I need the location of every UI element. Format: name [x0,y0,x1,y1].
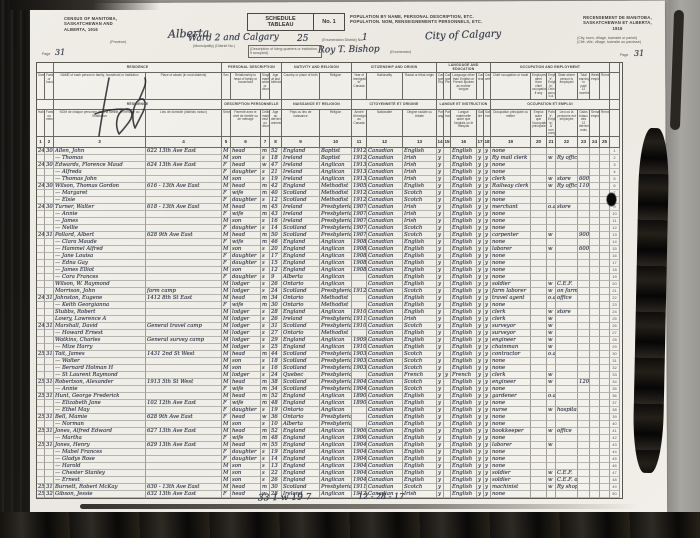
data-cell: chainman [491,344,531,351]
data-cell [590,274,600,281]
table-row: — Hammel AlfredMsons20EnglandAnglican190… [37,246,622,253]
data-cell [146,393,222,400]
data-cell: s [261,260,270,267]
data-cell: y [484,169,491,176]
data-cell: 14 [610,239,620,246]
data-cell: English [403,414,437,421]
data-cell: Canadian [367,295,403,302]
data-cell: Presbyterian [320,414,352,421]
column-header-fr: Langue maternelle autre que l'anglais ou… [451,110,477,137]
data-cell [590,407,600,414]
data-cell [45,358,54,365]
data-cell [578,155,590,162]
data-cell [578,302,590,309]
data-cell: English [403,449,437,456]
data-cell: English [451,169,477,176]
data-cell [146,239,222,246]
data-cell: Bell, Mamie [54,414,146,421]
column-header-fr: Patron 'e', Employé 'w', À son compte 'o… [547,110,556,137]
table-row: — St Laurent RaymondMlodgers24QuebecPres… [37,372,622,379]
data-cell: 23 [610,302,620,309]
data-cell: Canadian [367,442,403,449]
data-cell: 19 [270,449,282,456]
data-cell: 4 [610,169,620,176]
data-cell: 308 [45,183,54,190]
data-cell [590,148,600,155]
data-cell [547,456,556,463]
data-cell: y [437,491,444,498]
data-cell: M [222,484,231,491]
data-cell: 52 [270,393,282,400]
data-cell: y [437,232,444,239]
data-cell [547,435,556,442]
data-cell: English [403,302,437,309]
data-cell [578,204,590,211]
group-header-fr [610,100,620,110]
data-cell: Baptist [320,148,352,155]
data-cell: Scotch [403,197,437,204]
data-cell: w [547,183,556,190]
data-cell: y [437,393,444,400]
data-cell: o.a. [547,393,556,400]
data-cell [531,379,547,386]
data-cell [444,442,451,449]
data-cell: 20 [610,281,620,288]
data-cell: Canadian [367,246,403,253]
column-header-fr: Gains totaux des 12 derniers mois [578,110,590,137]
data-cell: Canadian [367,428,403,435]
data-cell: wife [231,239,261,246]
data-cell: 310 [45,232,54,239]
data-cell [444,211,451,218]
data-cell: y [437,449,444,456]
data-cell: y [484,344,491,351]
data-cell [531,323,547,330]
data-cell: y [437,442,444,449]
data-cell: — Bernard Holman H [54,365,146,372]
data-cell [556,491,578,498]
table-row: — ElsieFdaughters12ScotlandMethodist1912… [37,197,622,204]
column-header-en: Employer 'e', Employee 'w', Own account … [547,73,556,100]
data-cell: none [491,386,531,393]
data-cell [556,442,578,449]
data-cell: y [437,225,444,232]
data-cell [146,358,222,365]
data-cell [444,379,451,386]
data-cell: m [261,190,270,197]
data-cell: English [451,295,477,302]
data-cell [531,470,547,477]
column-header-en: Can read [477,73,484,100]
column-number: 12 [367,137,403,148]
data-cell: Canadian [367,274,403,281]
data-cell: 48 [270,400,282,407]
data-cell: English [403,470,437,477]
table-row: — JamesMsons16IrelandPresbyterian1907Can… [37,218,622,225]
data-cell: Ontario [282,330,320,337]
table-row: — Ethel MayFdaughters19OntarioAnglicanCa… [37,407,622,414]
data-cell: Canadian [367,155,403,162]
data-cell: y [477,442,484,449]
data-cell: Turner, Walter [54,204,146,211]
data-cell: Methodist [320,295,352,302]
data-cell: m [261,379,270,386]
data-cell: Canadian [367,393,403,400]
data-cell [444,267,451,274]
data-cell [578,295,590,302]
data-cell: M [222,421,231,428]
data-cell: 243 [37,148,45,155]
data-cell [547,274,556,281]
data-cell [531,477,547,484]
data-cell [600,218,610,225]
data-cell: Scotland [282,365,320,372]
data-cell: Gibson, Jessie [54,491,146,498]
data-cell: Irish [403,162,437,169]
data-cell: F [222,197,231,204]
data-cell [146,267,222,274]
data-cell [590,316,600,323]
data-cell: s [261,253,270,260]
data-cell [444,407,451,414]
data-cell: y [477,148,484,155]
enumerator-label: (Enumerator) [390,50,411,54]
data-cell: 618 - 13th Ave East [146,204,222,211]
data-cell [547,463,556,470]
data-cell: Ireland [282,316,320,323]
schedule-word: SCHEDULETABLEAU [248,16,313,29]
data-cell: Ry office [556,155,578,162]
column-header-fr: Sexe [222,110,231,137]
data-cell: y [477,400,484,407]
data-cell: Anglican [320,337,352,344]
data-cell [556,414,578,421]
page-label-left: Page [42,52,50,56]
data-cell: none [491,197,531,204]
data-cell [578,484,590,491]
data-cell: y [477,351,484,358]
data-cell [444,204,451,211]
data-cell [600,267,610,274]
data-cell: 1908 [352,253,367,260]
data-cell [590,330,600,337]
census-title-right: RECENSEMENT DE MANITOBA,SASKATCHEWAN ET … [575,15,660,31]
data-cell: w [547,281,556,288]
data-cell: y [484,484,491,491]
data-cell: none [491,267,531,274]
data-cell: y [437,323,444,330]
data-cell: 43 [270,211,282,218]
data-cell [556,267,578,274]
data-cell [37,463,45,470]
data-cell: w [547,316,556,323]
data-cell [444,456,451,463]
data-cell: 26 [270,477,282,484]
data-cell [444,421,451,428]
data-cell: Scotch [403,484,437,491]
data-cell [578,491,590,498]
data-cell: none [491,239,531,246]
data-cell [547,449,556,456]
data-cell: 1912 [352,155,367,162]
data-cell: y [437,400,444,407]
data-cell: Anglican [320,239,352,246]
data-cell [547,169,556,176]
data-cell: y [437,253,444,260]
data-cell: Methodist [320,190,352,197]
data-cell [45,246,54,253]
data-cell [590,337,600,344]
data-cell: s [261,365,270,372]
data-cell [600,435,610,442]
data-cell: Canadian [367,477,403,484]
data-cell [146,407,222,414]
data-cell: y [477,162,484,169]
data-cell [146,169,222,176]
data-cell [531,456,547,463]
data-cell: y [477,463,484,470]
data-cell: lodger [231,344,261,351]
data-cell: — Martha [54,435,146,442]
table-row: — ErnestMsons26EnglandAnglican1904Canadi… [37,477,622,484]
data-cell: F [222,211,231,218]
data-cell: 15 [270,260,282,267]
data-cell [352,281,367,288]
data-cell: Canadian [367,253,403,260]
data-cell [600,407,610,414]
data-cell: Scotland [282,197,320,204]
data-cell [45,288,54,295]
data-cell [600,239,610,246]
data-cell [45,197,54,204]
data-cell [600,274,610,281]
data-cell: travel agent [491,295,531,302]
data-cell: y [437,246,444,253]
data-cell [45,267,54,274]
data-cell: 316 [45,414,54,421]
data-cell: y [484,281,491,288]
data-cell: 9 [270,274,282,281]
data-cell: none [491,190,531,197]
data-cell [531,435,547,442]
data-cell: none [491,463,531,470]
data-cell: Canadian [367,183,403,190]
data-cell [531,232,547,239]
data-cell: F [222,407,231,414]
data-cell: F [222,435,231,442]
data-cell: 1913 [352,176,367,183]
data-cell: 1903 [352,365,367,372]
data-cell: Anglican [320,393,352,400]
data-cell: 1904 [352,456,367,463]
data-cell: daughter [231,253,261,260]
data-cell [590,379,600,386]
data-cell: 1904 [352,470,367,477]
data-cell: English [403,239,437,246]
data-cell: y [437,190,444,197]
page-value-left: 31 [55,48,65,57]
data-cell [531,344,547,351]
data-cell [600,456,610,463]
data-cell: daughter [231,456,261,463]
data-cell [531,463,547,470]
data-cell [146,176,222,183]
data-cell: Presbyterian [320,288,352,295]
data-cell: s [261,316,270,323]
data-cell [600,316,610,323]
data-cell: F [222,253,231,260]
data-cell: English [403,393,437,400]
data-cell [531,449,547,456]
table-row: — NellieFdaughters14ScotlandPresbyterian… [37,225,622,232]
data-cell: farm camp [146,288,222,295]
data-cell: y [484,232,491,239]
data-cell [547,267,556,274]
data-cell [444,316,451,323]
data-cell: Anglican [320,246,352,253]
data-cell: y [484,456,491,463]
data-cell [45,421,54,428]
scan-margin-right [668,0,700,538]
data-cell: Canadian [367,337,403,344]
data-cell: o.a. [547,295,556,302]
data-cell: lodger [231,323,261,330]
data-cell: y [484,372,491,379]
data-cell: none [491,260,531,267]
data-cell: 17 [610,260,620,267]
data-cell [444,428,451,435]
data-cell: English [451,190,477,197]
data-cell: England [282,148,320,155]
column-number: 25 [600,137,610,148]
data-cell: y [477,477,484,484]
data-cell: C.E.F. overseas [556,477,578,484]
data-cell: Canadian [367,414,403,421]
data-cell: Ontario [282,281,320,288]
data-cell [578,393,590,400]
data-cell: M [222,379,231,386]
data-cell: 630 - 13th Ave East [146,484,222,491]
data-cell: y [437,218,444,225]
data-cell: Scotch [403,288,437,295]
data-cell: 32 [610,365,620,372]
data-cell [444,484,451,491]
data-cell: 632 13th Ave East [146,491,222,498]
data-cell [531,365,547,372]
data-cell: M [222,463,231,470]
data-cell: y [437,407,444,414]
data-cell: 2 [610,155,620,162]
table-row: — Mize HarryMlodgers25EnglandAnglican191… [37,344,622,351]
data-cell: Canadian [367,421,403,428]
data-cell: none [491,253,531,260]
data-cell [578,421,590,428]
data-cell: Canadian [367,267,403,274]
data-cell [556,337,578,344]
data-cell: head [231,295,261,302]
data-cell: Canadian [367,358,403,365]
data-cell: English [403,267,437,274]
data-cell [556,449,578,456]
data-cell: 244 [37,162,45,169]
group-header-fr: LANGUE ET INSTRUCTION [437,100,491,110]
municipality-value: Ward 2 and Calgary [188,32,279,44]
data-cell: Anglican [320,162,352,169]
data-cell [590,225,600,232]
data-cell: — Ethel May [54,407,146,414]
data-cell: w [547,323,556,330]
handwritten-scrawl [85,70,155,142]
data-cell: y [484,491,491,498]
column-number: 23 [578,137,590,148]
data-cell [590,456,600,463]
table-row: — Thomas JohnMsons19IrelandAnglican1913C… [37,176,622,183]
data-cell: y [437,183,444,190]
data-cell: 1912 [352,148,367,155]
data-cell: y [484,274,491,281]
data-cell: Anglican [320,435,352,442]
data-cell: English [451,225,477,232]
data-cell [37,155,45,162]
data-cell [600,197,610,204]
data-cell: Scotch [403,351,437,358]
data-cell [45,281,54,288]
data-cell: head [231,379,261,386]
data-cell: son [231,358,261,365]
data-cell: Ireland [282,204,320,211]
data-cell: 45 [610,456,620,463]
data-cell: Allen, John [54,148,146,155]
data-cell: English [403,295,437,302]
column-header-en: Remarks [600,73,610,100]
data-cell: s [261,470,270,477]
data-cell: 1908 [352,260,367,267]
column-number: 13 [403,137,437,148]
data-cell: Jones, Alfred Edward [54,428,146,435]
data-cell: y [484,155,491,162]
data-cell: w [547,428,556,435]
data-cell: Scotch [403,379,437,386]
data-cell: Ireland [282,176,320,183]
data-cell [556,421,578,428]
data-cell: Canadian [367,148,403,155]
data-cell: English [451,407,477,414]
data-cell: 15 [610,246,620,253]
data-cell: m [261,400,270,407]
data-cell: Canadian [367,386,403,393]
data-cell: y [484,330,491,337]
table-row: 245308Wilson, Thomas Gordon616 - 13th Av… [37,183,622,190]
data-cell: y [437,204,444,211]
data-cell [590,358,600,365]
data-cell [590,211,600,218]
data-cell [578,281,590,288]
data-cell [578,323,590,330]
data-cell: English [451,449,477,456]
data-cell: English [451,358,477,365]
data-cell [556,372,578,379]
data-cell: Canadian [367,211,403,218]
table-row: 250313Tait, James1431 2nd St WestMheadm4… [37,351,622,358]
data-cell [444,400,451,407]
data-cell: English [451,428,477,435]
data-cell [45,211,54,218]
column-header-en: Single, married, widowed or divorced [261,73,270,100]
data-cell: s [261,407,270,414]
data-cell [37,386,45,393]
data-cell: Canadian [367,484,403,491]
data-cell: F [222,225,231,232]
